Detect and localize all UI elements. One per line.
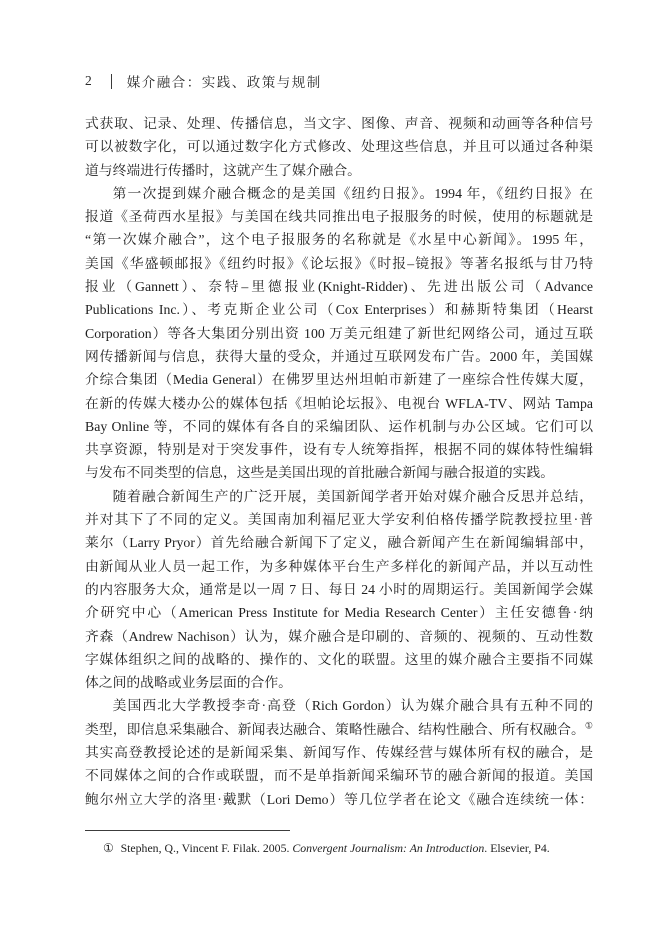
footnote-rule xyxy=(85,830,290,831)
text-line: 报业（Gannett）、奈特–里德报业(Knight-Ridder)、先进出版公… xyxy=(85,275,593,298)
text-line: 齐森（Andrew Nachison）认为，媒介融合是印刷的、音频的、视频的、互… xyxy=(85,625,593,648)
text-line: 并对其下了不同的定义。美国南加利福尼亚大学安利伯格传播学院教授拉里·普 xyxy=(85,508,593,531)
text-line: 第一次提到媒介融合概念的是美国《纽约日报》。1994 年，《纽约日报》在 xyxy=(85,182,593,205)
page-header: 2 媒介融合：实践、政策与规制 xyxy=(85,71,322,91)
text-line: 美国西北大学教授李奇·高登（Rich Gordon）认为媒介融合具有五种不同的 xyxy=(85,694,593,717)
text-line: 类型，即信息采集融合、新闻表达融合、策略性融合、结构性融合、所有权融合。① xyxy=(85,718,593,741)
text-line: 不同媒体之间的合作或联盟，而不是单指新闻采编环节的融合新闻的报道。美国 xyxy=(85,764,593,787)
footnote-citation-authors: Stephen, Q., Vincent F. Filak. 2005. xyxy=(121,841,293,855)
footnote: ①Stephen, Q., Vincent F. Filak. 2005. Co… xyxy=(103,840,573,856)
page-number: 2 xyxy=(85,73,92,89)
paragraph: 式获取、记录、处理、传播信息，当文字、图像、声音、视频和动画等各种信号可以被数字… xyxy=(85,112,593,182)
text-line: 莱尔（Larry Pryor）首先给融合新闻下了定义，融合新闻产生在新闻编辑部中… xyxy=(85,531,593,554)
text-line: 与发布不同类型的信息，这些是美国出现的首批融合新闻与融合报道的实践。 xyxy=(85,461,593,484)
text-line: Bay Online 等，不同的媒体有各自的采编团队、运作机制与办公区域。它们可… xyxy=(85,415,593,438)
footnote-citation-publisher: . Elsevier, P4. xyxy=(484,841,549,855)
text-line: 鲍尔州立大学的洛里·戴默（Lori Demo）等几位学者在论文《融合连续统一体： xyxy=(85,788,593,811)
text-line: 式获取、记录、处理、传播信息，当文字、图像、声音、视频和动画等各种信号 xyxy=(85,112,593,135)
paragraph: 随着融合新闻生产的广泛开展，美国新闻学者开始对媒介融合反思并总结，并对其下了不同… xyxy=(85,485,593,695)
book-page: 2 媒介融合：实践、政策与规制 式获取、记录、处理、传播信息，当文字、图像、声音… xyxy=(0,0,661,925)
header-divider xyxy=(111,74,112,89)
text-line: 介综合集团（Media General）在佛罗里达州坦帕市新建了一座综合性传媒大… xyxy=(85,368,593,391)
text-line: 报道《圣荷西水星报》与美国在线共同推出电子报服务的时候，使用的标题就是 xyxy=(85,205,593,228)
footnote-citation-title: Convergent Journalism: An Introduction xyxy=(292,841,484,855)
text-line: Publications Inc.）、考克斯企业公司（Cox Enterpris… xyxy=(85,298,593,321)
text-line: 美国《华盛顿邮报》《纽约时报》《论坛报》《时报–镜报》等著名报纸与甘乃特 xyxy=(85,252,593,275)
text-line: 共享资源，特别是对于突发事件，设有专人统筹指挥，根据不同的媒体特性编辑 xyxy=(85,438,593,461)
paragraph: 第一次提到媒介融合概念的是美国《纽约日报》。1994 年，《纽约日报》在报道《圣… xyxy=(85,182,593,485)
text-line: 体之间的战略或业务层面的合作。 xyxy=(85,671,593,694)
text-line: 其实高登教授论述的是新闻采集、新闻写作、传媒经营与媒体所有权的融合，是 xyxy=(85,741,593,764)
paragraph: 美国西北大学教授李奇·高登（Rich Gordon）认为媒介融合具有五种不同的类… xyxy=(85,694,593,810)
text-line: 网传播新闻与信息，获得大量的受众，并通过互联网发布广告。2000 年，美国媒 xyxy=(85,345,593,368)
text-line: “第一次媒介融合”，这个电子报服务的名称就是《水星中心新闻》。1995 年， xyxy=(85,228,593,251)
text-line: Corporation）等各大集团分别出资 100 万美元组建了新世纪网络公司，… xyxy=(85,322,593,345)
text-line: 可以被数字化，可以通过数字化方式修改、处理这些信息，并且可以通过各种渠 xyxy=(85,135,593,158)
text-line: 介研究中心（American Press Institute for Media… xyxy=(85,601,593,624)
text-line: 在新的传媒大楼办公的媒体包括《坦帕论坛报》、电视台 WFLA-TV、网站 Tam… xyxy=(85,392,593,415)
footnote-marker: ① xyxy=(103,841,114,855)
text-line: 的内容服务大众，通常是以一周 7 日、每日 24 小时的周期运行。美国新闻学会媒 xyxy=(85,578,593,601)
text-line: 字媒体组织之间的战略的、操作的、文化的联盟。这里的媒介融合主要指不同媒 xyxy=(85,648,593,671)
text-line: 由新闻从业人员一起工作，为多种媒体平台生产多样化的新闻产品，并以互动性 xyxy=(85,555,593,578)
text-line: 随着融合新闻生产的广泛开展，美国新闻学者开始对媒介融合反思并总结， xyxy=(85,485,593,508)
header-title: 媒介融合：实践、政策与规制 xyxy=(127,71,322,91)
footnote-ref-marker: ① xyxy=(585,720,593,730)
body-text: 式获取、记录、处理、传播信息，当文字、图像、声音、视频和动画等各种信号可以被数字… xyxy=(85,112,593,811)
text-line: 道与终端进行传播时，这就产生了媒介融合。 xyxy=(85,159,593,182)
